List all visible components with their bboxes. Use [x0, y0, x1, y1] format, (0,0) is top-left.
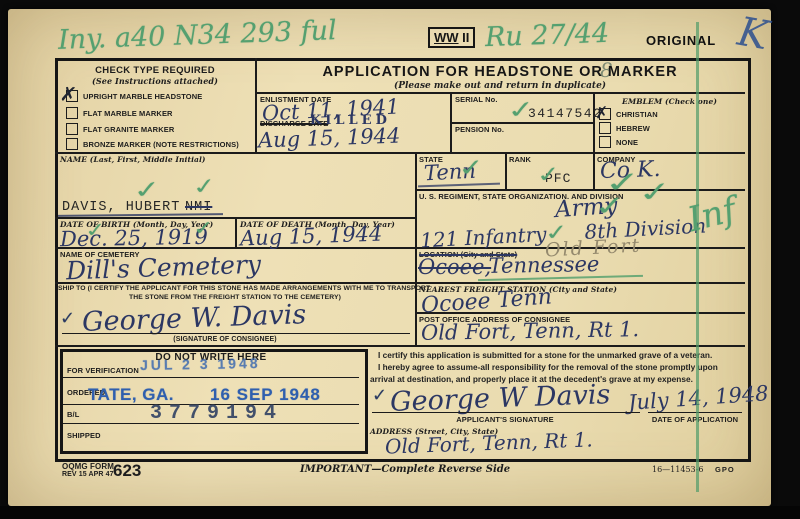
ship-to-label-line1: SHIP TO (I CERTIFY THE APPLICANT FOR THI…	[58, 285, 412, 292]
name-value: DAVIS, HUBERT	[62, 200, 180, 215]
bl-label: B/L	[67, 410, 79, 419]
location-value-struck: Ocoee,	[418, 257, 491, 278]
ww2-stamp-ww: WW	[434, 30, 459, 45]
location-value: Tennessee	[482, 254, 600, 277]
checkbox-label-upright: UPRIGHT MARBLE HEADSTONE	[83, 92, 202, 101]
check-type-title: CHECK TYPE REQUIRED	[58, 65, 252, 76]
ink-check-icon: ✓	[372, 385, 387, 406]
signature-rule	[62, 333, 410, 334]
date-of-birth-value: Dec. 25, 1919	[60, 227, 208, 251]
green-check-icon: ✓	[84, 219, 108, 243]
grid-line	[55, 345, 745, 347]
green-check-icon: ✓	[535, 160, 562, 187]
green-check-icon: ✓	[132, 176, 163, 205]
consignee-signature: George W. Davis	[82, 301, 307, 336]
green-check-icon: ✓	[506, 96, 537, 125]
grid-line	[255, 92, 745, 94]
checkbox-label-flat-granite: FLAT GRANITE MARKER	[83, 125, 174, 134]
grid-line	[235, 217, 237, 247]
green-check-icon: ✓	[636, 175, 675, 209]
serial-no-label: SERIAL No.	[455, 95, 498, 104]
checkbox-flat-granite	[66, 123, 78, 135]
grid-line	[55, 152, 745, 154]
bill-of-lading-stamp: 3779194	[150, 402, 283, 425]
green-check-icon: ✓	[592, 190, 628, 222]
rank-label: RANK	[509, 155, 531, 164]
form-subtitle: (Please make out and return in duplicate…	[258, 81, 742, 91]
form-title: APPLICATION FOR HEADSTONE OR MARKER	[258, 64, 742, 80]
emblem-label-christian: CHRISTIAN	[616, 110, 658, 119]
grid-line	[505, 152, 507, 189]
green-check-icon: ✓	[543, 218, 570, 245]
gpo-label: GPO	[715, 465, 735, 474]
form-id-line2: REV 15 APR 47	[62, 471, 114, 478]
x-mark-icon: ✗	[59, 81, 78, 107]
emblem-label: EMBLEM (Check one)	[597, 97, 742, 106]
ww2-stamp-ii: II	[462, 30, 469, 45]
verification-date-stamp: JUL 2 3 1948	[140, 355, 261, 373]
pension-no-label: PENSION No.	[455, 125, 504, 134]
green-check-icon: ✓	[192, 217, 215, 240]
ink-check-icon: ✓	[60, 308, 75, 329]
certify-line1: I certify this application is submitted …	[378, 350, 744, 360]
grid-line	[55, 282, 745, 284]
x-mark-icon: ✗	[594, 103, 609, 123]
ww2-stamp: WW II	[428, 27, 475, 48]
check-type-subtitle: (See Instructions attached)	[58, 76, 252, 86]
cemetery-value: Dill's Cemetery	[66, 252, 262, 284]
application-date-label: DATE OF APPLICATION	[645, 415, 745, 424]
grid-line	[450, 92, 452, 152]
checkbox-label-bronze: BRONZE MARKER (NOTE RESTRICTIONS)	[83, 140, 239, 149]
consignee-signature-caption: (SIGNATURE OF CONSIGNEE)	[100, 336, 350, 343]
grid-line	[415, 152, 417, 345]
signature-rule	[648, 412, 742, 413]
form-number: 623	[113, 461, 141, 481]
scanned-document: Iny. a40 N34 293 ful WW II Ru 27/44 ORIG…	[0, 0, 800, 519]
checkbox-hebrew	[599, 122, 611, 134]
dnw-row-line	[63, 377, 359, 378]
grid-line	[255, 58, 257, 152]
for-verification-label: FOR VERIFICATION	[67, 366, 139, 375]
checkbox-flat-marble	[66, 107, 78, 119]
discharge-date-value: Aug 15, 1944	[258, 126, 401, 152]
emblem-label-hebrew: HEBREW	[616, 124, 650, 133]
important-note: IMPORTANT—Complete Reverse Side	[300, 464, 510, 475]
signature-rule	[372, 412, 640, 413]
serial-no-value: 34147542	[528, 106, 602, 121]
scan-edge	[0, 506, 800, 519]
po-address-value: Old Fort, Tenn, Rt 1.	[421, 319, 639, 344]
form-id-line1: OQMG FORM	[62, 462, 114, 471]
green-handwriting-top-right: Ru 27/44	[485, 20, 610, 51]
date-of-death-value: Aug 15, 1944	[240, 224, 383, 250]
checkbox-label-flat-marble: FLAT MARBLE MARKER	[83, 109, 173, 118]
green-check-icon: ✓	[191, 172, 218, 200]
ship-to-label-line2: THE STONE FROM THE FREIGHT STATION TO TH…	[58, 294, 412, 301]
name-label: NAME (Last, First, Middle Initial)	[60, 155, 206, 164]
applicant-signature: George W Davis	[390, 381, 611, 416]
emblem-label-none: NONE	[616, 138, 638, 147]
shipped-label: SHIPPED	[67, 431, 101, 440]
green-check-icon: ✓	[457, 155, 485, 183]
original-label: ORIGINAL	[646, 33, 716, 48]
checkbox-bronze	[66, 138, 78, 150]
applicant-signature-label: APPLICANT'S SIGNATURE	[400, 415, 610, 424]
checkbox-none	[599, 136, 611, 148]
green-vertical-line	[696, 22, 699, 492]
green-inf-annotation: Inf	[685, 193, 740, 238]
